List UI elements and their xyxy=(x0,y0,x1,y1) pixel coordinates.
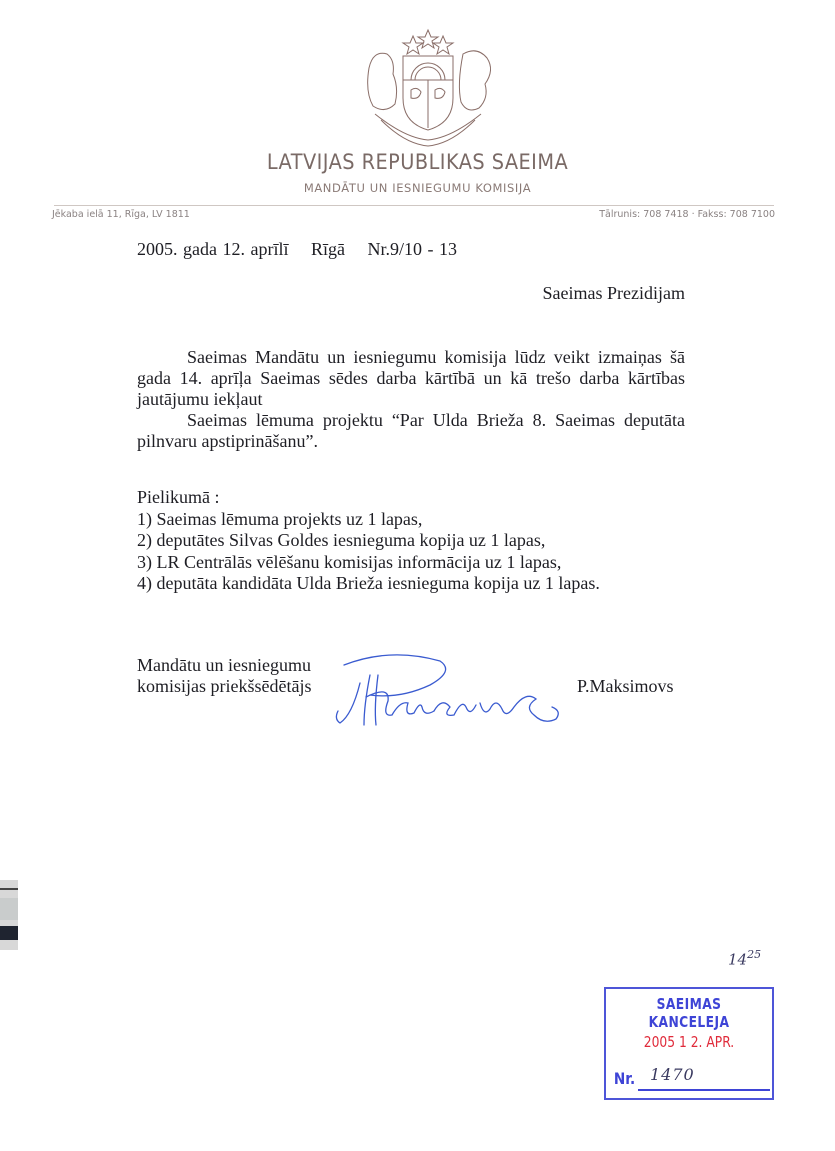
signatory-title-line-2: komisijas priekšsēdētājs xyxy=(137,676,311,697)
letterhead-divider xyxy=(54,205,774,206)
department-name: MANDĀTU UN IESNIEGUMU KOMISIJA xyxy=(0,181,835,195)
stamp-date: 2005 1 2. APR. xyxy=(621,1033,757,1051)
handwritten-time: 1425 xyxy=(728,948,761,968)
signatory-name: P.Maksimovs xyxy=(577,676,674,697)
scan-edge-artifact xyxy=(0,880,18,950)
body-paragraph-2: Saeimas lēmuma projektu “Par Ulda Brieža… xyxy=(137,410,685,452)
letter-date: 2005. gada 12. aprīlī xyxy=(137,239,288,259)
handwritten-signature xyxy=(330,645,580,735)
stamp-number-label: Nr. xyxy=(614,1069,635,1088)
signatory-title: Mandātu un iesniegumu komisijas priekšsē… xyxy=(137,655,311,697)
letter-body: Saeimas Mandātu un iesniegumu komisija l… xyxy=(137,347,685,452)
annex-item: 2) deputātes Silvas Goldes iesnieguma ko… xyxy=(137,530,697,552)
stamp-title: SAEIMAS KANCELEJA xyxy=(621,995,757,1031)
stamp-number-value: 1470 xyxy=(650,1065,695,1084)
stamp-number-underline xyxy=(638,1089,770,1091)
organization-name: LATVIJAS REPUBLIKAS SAEIMA xyxy=(33,150,801,174)
recipient: Saeimas Prezidijam xyxy=(543,283,685,304)
annex-item: 1) Saeimas lēmuma projekts uz 1 lapas, xyxy=(137,509,697,531)
dateline: 2005. gada 12. aprīlī Rīgā Nr.9/10 - 13 xyxy=(137,239,474,260)
annex-item: 3) LR Centrālās vēlēšanu komisijas infor… xyxy=(137,552,697,574)
body-paragraph-1: Saeimas Mandātu un iesniegumu komisija l… xyxy=(137,347,685,410)
annex-list: Pielikumā : 1) Saeimas lēmuma projekts u… xyxy=(137,487,697,595)
coat-of-arms-icon xyxy=(355,28,500,148)
signatory-title-line-1: Mandātu un iesniegumu xyxy=(137,655,311,676)
letter-number: Nr.9/10 - 13 xyxy=(367,239,457,259)
registration-stamp: SAEIMAS KANCELEJA 2005 1 2. APR. Nr. 147… xyxy=(604,987,774,1100)
annex-heading: Pielikumā : xyxy=(137,487,697,509)
annex-item: 4) deputāta kandidāta Ulda Brieža iesnie… xyxy=(137,573,697,595)
letterhead-address: Jēkaba ielā 11, Rīga, LV 1811 xyxy=(52,209,190,220)
letterhead-contacts: Tālrunis: 708 7418 · Fakss: 708 7100 xyxy=(599,209,775,220)
letter-place: Rīgā xyxy=(311,239,345,259)
